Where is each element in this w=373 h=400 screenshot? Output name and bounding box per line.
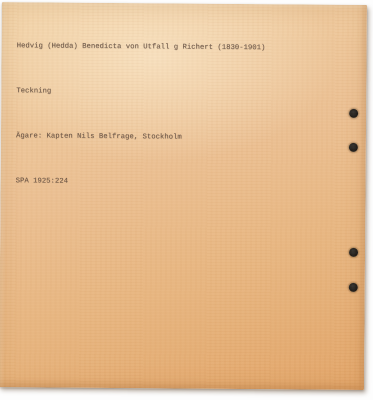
artwork-type-line: Teckning [16,84,346,102]
reference-number-line: SPA 1925:224 [16,174,346,192]
punch-dot-4 [349,283,358,292]
person-name-line: Hedvig (Hedda) Benedicta von Utfall g Ri… [17,39,347,57]
punch-dot-2 [349,143,358,152]
owner-line: Ägare: Kapten Nils Belfrage, Stockholm [16,129,346,147]
scan-background: Hedvig (Hedda) Benedicta von Utfall g Ri… [0,0,373,400]
typewritten-text-block: Hedvig (Hedda) Benedicta von Utfall g Ri… [15,9,347,222]
punch-dot-1 [349,109,358,118]
archive-card: Hedvig (Hedda) Benedicta von Utfall g Ri… [0,2,367,390]
punch-dot-3 [349,248,358,257]
